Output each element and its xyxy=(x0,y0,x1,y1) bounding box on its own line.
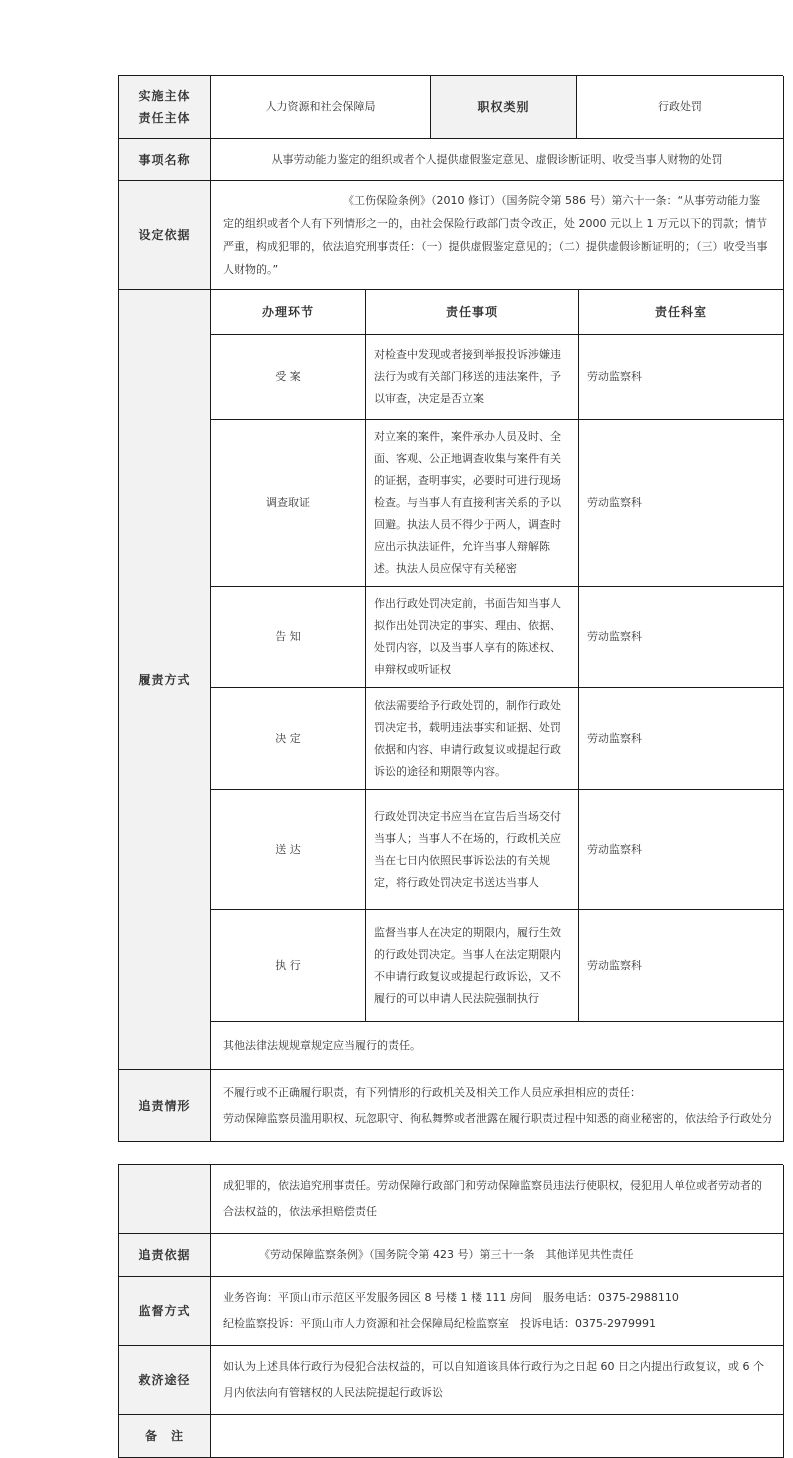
row-remedy: 救济途径 如认为上述具体行政行为侵犯合法权益的，可以自知道该具体行政行为之日起 … xyxy=(119,1346,783,1364)
duty-row-accept: 受 案 对检查中发现或者接到举报投诉涉嫌违法行为或有关部门移送的违法案件，予以审… xyxy=(211,335,784,420)
duty-method-label-cell: 履责方式 xyxy=(119,290,211,1070)
step-duty: 对立案的案件，案件承办人员及时、全面、客观、公正地调查收集与案件有关的证据，查明… xyxy=(366,420,579,587)
step-name: 调查取证 xyxy=(211,420,366,587)
other-duty-text: 其他法律法规规章规定应当履行的责任。 xyxy=(211,1022,784,1070)
duty-header-row: 办理环节 责任事项 责任科室 xyxy=(211,290,784,335)
step-dept: 劳动监察科 xyxy=(579,587,784,688)
supervision-line2: 纪检监察投诉：平顶山市人力资源和社会保障局纪检监察室 投诉电话：0375-297… xyxy=(223,1311,771,1337)
subject-value: 人力资源和社会保障局 xyxy=(266,96,376,118)
step-dept: 劳动监察科 xyxy=(579,420,784,587)
step-name: 受 案 xyxy=(211,335,366,420)
step-name: 执 行 xyxy=(211,910,366,1022)
duty-row-other: 其他法律法规规章规定应当履行的责任。 xyxy=(211,1022,784,1070)
duty-row-execute: 执 行 监督当事人在决定的期限内，履行生效的行政处罚决定。当事人在法定期限内不申… xyxy=(211,910,784,1022)
pursuit-basis-text: 《劳动保障监察条例》（国务院令第 423 号）第三十一条 其他详见共性责任 xyxy=(223,1244,771,1266)
table-gap xyxy=(118,1142,783,1164)
step-duty: 行政处罚决定书应当在宣告后当场交付当事人；当事人不在场的，行政机关应当在七日内依… xyxy=(366,790,579,910)
step-name: 送 达 xyxy=(211,790,366,910)
column-header-dept: 责任科室 xyxy=(579,290,784,335)
supervision-label-cell: 监督方式 xyxy=(119,1277,211,1346)
duty-row-decide: 决 定 依法需要给予行政处罚的，制作行政处罚决定书，载明违法事实和证据、处罚依据… xyxy=(211,688,784,790)
item-name-value: 从事劳动能力鉴定的组织或者个人提供虚假鉴定意见、虚假诊断证明、收受当事人财物的处… xyxy=(272,149,723,171)
duty-row-deliver: 送 达 行政处罚决定书应当在宣告后当场交付当事人；当事人不在场的，行政机关应当在… xyxy=(211,790,784,910)
accountability-value-cell: 不履行或不正确履行职责，有下列情形的行政机关及相关工作人员应承担相应的责任： 劳… xyxy=(211,1070,784,1142)
step-name: 告 知 xyxy=(211,587,366,688)
item-name-value-cell: 从事劳动能力鉴定的组织或者个人提供虚假鉴定意见、虚假诊断证明、收受当事人财物的处… xyxy=(211,139,784,181)
step-dept: 劳动监察科 xyxy=(579,335,784,420)
supervision-line1: 业务咨询：平顶山市示范区平发服务园区 8 号楼 1 楼 111 房间 服务电话：… xyxy=(223,1285,771,1311)
supervision-value-cell: 业务咨询：平顶山市示范区平发服务园区 8 号楼 1 楼 111 房间 服务电话：… xyxy=(211,1277,784,1346)
step-dept: 劳动监察科 xyxy=(579,910,784,1022)
subject-label-cell: 实施主体 责任主体 xyxy=(119,76,211,139)
authority-type-label-cell: 职权类别 xyxy=(431,76,577,139)
step-name: 决 定 xyxy=(211,688,366,790)
accountability-continuation-text: 成犯罪的，依法追究刑事责任。劳动保障行政部门和劳动保障监察员违法行使职权，侵犯用… xyxy=(223,1173,771,1225)
duty-method-inner-table: 办理环节 责任事项 责任科室 受 案 对检查中发现或者接到举报投诉涉嫌违法行为或… xyxy=(211,290,784,1070)
row-accountability: 追责情形 不履行或不正确履行职责，有下列情形的行政机关及相关工作人员应承担相应的… xyxy=(119,1070,783,1142)
responsibility-list-document: 实施主体 责任主体 人力资源和社会保障局 职权类别 行政处罚 事项名称 从事劳动… xyxy=(118,75,783,1364)
authority-type-value-cell: 行政处罚 xyxy=(577,76,784,139)
row-item-name: 事项名称 从事劳动能力鉴定的组织或者个人提供虚假鉴定意见、虚假诊断证明、收受当事… xyxy=(119,139,783,181)
duty-row-investigate: 调查取证 对立案的案件，案件承办人员及时、全面、客观、公正地调查收集与案件有关的… xyxy=(211,420,784,587)
empty-label-cell xyxy=(119,1165,211,1234)
accountability-line2: 劳动保障监察员滥用职权、玩忽职守、徇私舞弊或者泄露在履行职责过程中知悉的商业秘密… xyxy=(223,1106,771,1132)
legal-basis-label-cell: 设定依据 xyxy=(119,181,211,290)
supervision-label: 监督方式 xyxy=(138,1300,190,1322)
accountability-line1: 不履行或不正确履行职责，有下列情形的行政机关及相关工作人员应承担相应的责任： xyxy=(223,1080,771,1106)
subject-label-line2: 责任主体 xyxy=(138,107,190,129)
step-dept: 劳动监察科 xyxy=(579,790,784,910)
step-duty: 对检查中发现或者接到举报投诉涉嫌违法行为或有关部门移送的违法案件，予以审查，决定… xyxy=(366,335,579,420)
column-header-duty: 责任事项 xyxy=(366,290,579,335)
row-accountability-continuation: 成犯罪的，依法追究刑事责任。劳动保障行政部门和劳动保障监察员违法行使职权，侵犯用… xyxy=(119,1165,783,1234)
row-supervision: 监督方式 业务咨询：平顶山市示范区平发服务园区 8 号楼 1 楼 111 房间 … xyxy=(119,1277,783,1346)
main-table: 实施主体 责任主体 人力资源和社会保障局 职权类别 行政处罚 事项名称 从事劳动… xyxy=(118,75,783,1142)
subject-value-cell: 人力资源和社会保障局 xyxy=(211,76,431,139)
item-name-label: 事项名称 xyxy=(138,149,190,171)
row-pursuit-basis: 追责依据 《劳动保障监察条例》（国务院令第 423 号）第三十一条 其他详见共性… xyxy=(119,1234,783,1277)
remedy-label-cell: 救济途径 xyxy=(119,1346,211,1364)
step-duty: 作出行政处罚决定前，书面告知当事人拟作出处罚决定的事实、理由、依据、处罚内容，以… xyxy=(366,587,579,688)
step-duty: 依法需要给予行政处罚的，制作行政处罚决定书，载明违法事实和证据、处罚依据和内容、… xyxy=(366,688,579,790)
legal-basis-text: 《工伤保险条例》（2010 修订）（国务院令第 586 号）第六十一条：“从事劳… xyxy=(223,189,771,281)
authority-type-value: 行政处罚 xyxy=(658,96,702,118)
row-subject: 实施主体 责任主体 人力资源和社会保障局 职权类别 行政处罚 xyxy=(119,76,783,139)
continuation-table: 成犯罪的，依法追究刑事责任。劳动保障行政部门和劳动保障监察员违法行使职权，侵犯用… xyxy=(118,1164,783,1364)
legal-basis-label: 设定依据 xyxy=(138,224,190,246)
remedy-text: 如认为上述具体行政行为侵犯合法权益的，可以自知道该具体行政行为之日起 60 日之… xyxy=(223,1354,771,1364)
accountability-label: 追责情形 xyxy=(138,1095,190,1117)
column-header-step: 办理环节 xyxy=(211,290,366,335)
accountability-continuation-cell: 成犯罪的，依法追究刑事责任。劳动保障行政部门和劳动保障监察员违法行使职权，侵犯用… xyxy=(211,1165,784,1234)
legal-basis-value-cell: 《工伤保险条例》（2010 修订）（国务院令第 586 号）第六十一条：“从事劳… xyxy=(211,181,784,290)
duty-method-label: 履责方式 xyxy=(138,669,190,691)
duty-row-notify: 告 知 作出行政处罚决定前，书面告知当事人拟作出处罚决定的事实、理由、依据、处罚… xyxy=(211,587,784,688)
remedy-value-cell: 如认为上述具体行政行为侵犯合法权益的，可以自知道该具体行政行为之日起 60 日之… xyxy=(211,1346,784,1364)
subject-label-line1: 实施主体 xyxy=(138,85,190,107)
accountability-label-cell: 追责情形 xyxy=(119,1070,211,1142)
pursuit-basis-value-cell: 《劳动保障监察条例》（国务院令第 423 号）第三十一条 其他详见共性责任 xyxy=(211,1234,784,1277)
row-legal-basis: 设定依据 《工伤保险条例》（2010 修订）（国务院令第 586 号）第六十一条… xyxy=(119,181,783,290)
authority-type-label: 职权类别 xyxy=(477,96,529,118)
pursuit-basis-label: 追责依据 xyxy=(138,1244,190,1266)
step-dept: 劳动监察科 xyxy=(579,688,784,790)
pursuit-basis-label-cell: 追责依据 xyxy=(119,1234,211,1277)
item-name-label-cell: 事项名称 xyxy=(119,139,211,181)
row-duty-method: 履责方式 办理环节 责任事项 责任科室 受 案 对检查中发现或者接到举报投诉涉嫌… xyxy=(119,290,783,1070)
step-duty: 监督当事人在决定的期限内，履行生效的行政处罚决定。当事人在法定期限内不申请行政复… xyxy=(366,910,579,1022)
